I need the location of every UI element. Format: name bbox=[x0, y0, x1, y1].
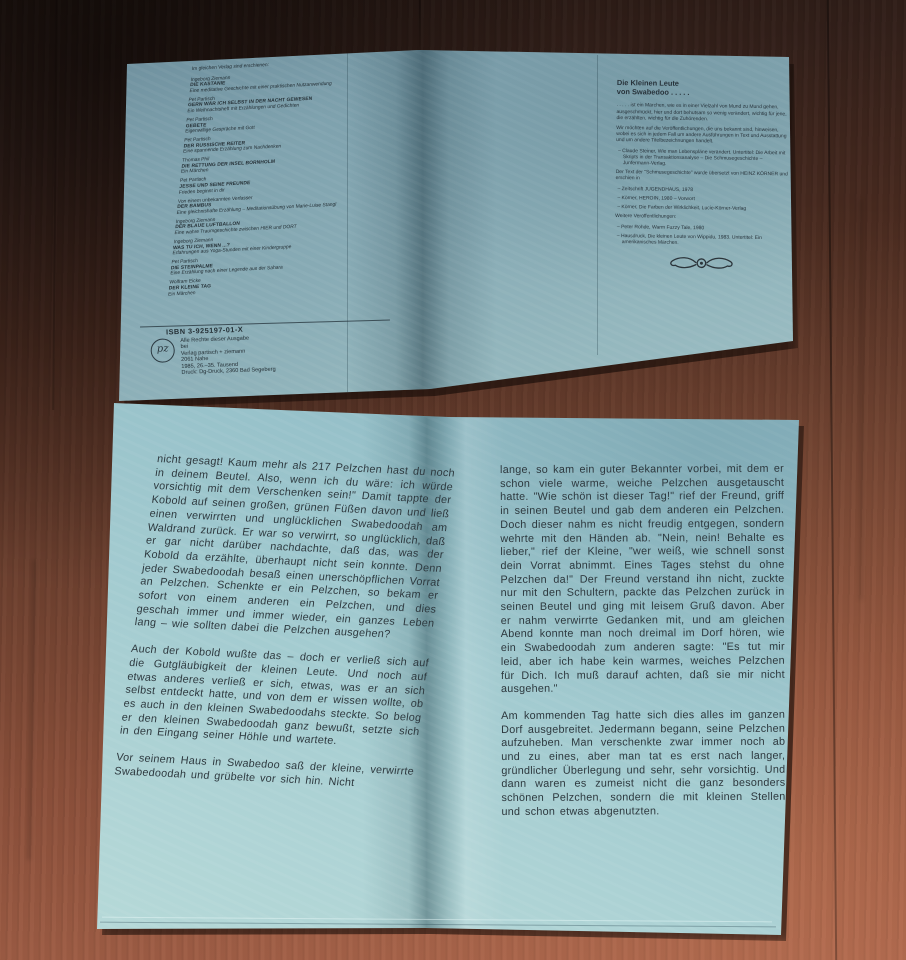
imprint-block: ISBN 3-925197-01-X pz Alle Rechte dieser… bbox=[150, 322, 382, 377]
reference-item: – Körner, HEROIN, 1980 – Vorwort bbox=[615, 195, 789, 204]
ornament-flourish-icon bbox=[666, 255, 736, 272]
reference-item: – Peter Rohde, Warm Fuzzy Tale, 1980 bbox=[615, 224, 789, 233]
publisher-book-list: Im gleichen Verlag sind erschienen: Inge… bbox=[167, 58, 361, 301]
wood-plank-seam bbox=[52, 0, 58, 410]
cover-fold-crease bbox=[597, 55, 598, 355]
story-paragraph: Vor seinem Haus in Swabedoo saß der klei… bbox=[113, 751, 414, 793]
wood-plank-seam bbox=[419, 0, 421, 58]
page-edge-shadow bbox=[100, 922, 776, 928]
wood-grain-streak bbox=[860, 200, 862, 600]
reference-item: – Körner, Die Farben der Wirklichkeit, L… bbox=[615, 204, 789, 213]
story-paragraph: nicht gesagt! Kaum mehr als 217 Pelzchen… bbox=[134, 453, 456, 645]
note-paragraph: Der Text der "Schmusegeschichte" wurde ü… bbox=[616, 169, 790, 184]
wood-grain-streak bbox=[27, 560, 35, 860]
story-page-right: lange, so kam ein guter Bekannter vorbei… bbox=[500, 463, 786, 833]
note-paragraph: Wir möchten auf die Veröffentlichungen, … bbox=[616, 125, 790, 146]
booklet-title-line2: von Swabedoo . . . . . bbox=[617, 88, 791, 99]
reference-item: – Claude Steiner, Wie man Lebenspläne ve… bbox=[616, 148, 790, 169]
story-page-left: nicht gesagt! Kaum mehr als 217 Pelzchen… bbox=[112, 453, 456, 806]
story-paragraph: Am kommenden Tag hatte sich dies alles i… bbox=[501, 709, 785, 820]
note-paragraph: Weitere Veröffentlichungen: bbox=[615, 213, 789, 222]
publication-notes: Die Kleinen Leute von Swabedoo . . . . .… bbox=[614, 79, 791, 273]
booklet-bottom-spread: nicht gesagt! Kaum mehr als 217 Pelzchen… bbox=[92, 398, 804, 939]
booklet-top-spread: Im gleichen Verlag sind erschienen: Inge… bbox=[118, 49, 794, 402]
story-paragraph: lange, so kam ein guter Bekannter vorbei… bbox=[500, 463, 785, 697]
publisher-logo-icon: pz bbox=[150, 338, 175, 363]
note-paragraph: . . . . . ist ein Märchen, wie es in ein… bbox=[616, 102, 790, 123]
reference-item: – Hausdruck, Die kleinen Leute von Wippi… bbox=[615, 233, 789, 248]
wood-plank-seam bbox=[827, 0, 837, 960]
photo-of-swabedoo-booklets: { "photo": { "description": "Two open li… bbox=[0, 0, 906, 960]
story-paragraph: Auch der Kobold wußte das – doch er verl… bbox=[119, 643, 430, 753]
reference-item: – Zeitschrift JUGENDHAUS, 1978 bbox=[615, 186, 789, 195]
